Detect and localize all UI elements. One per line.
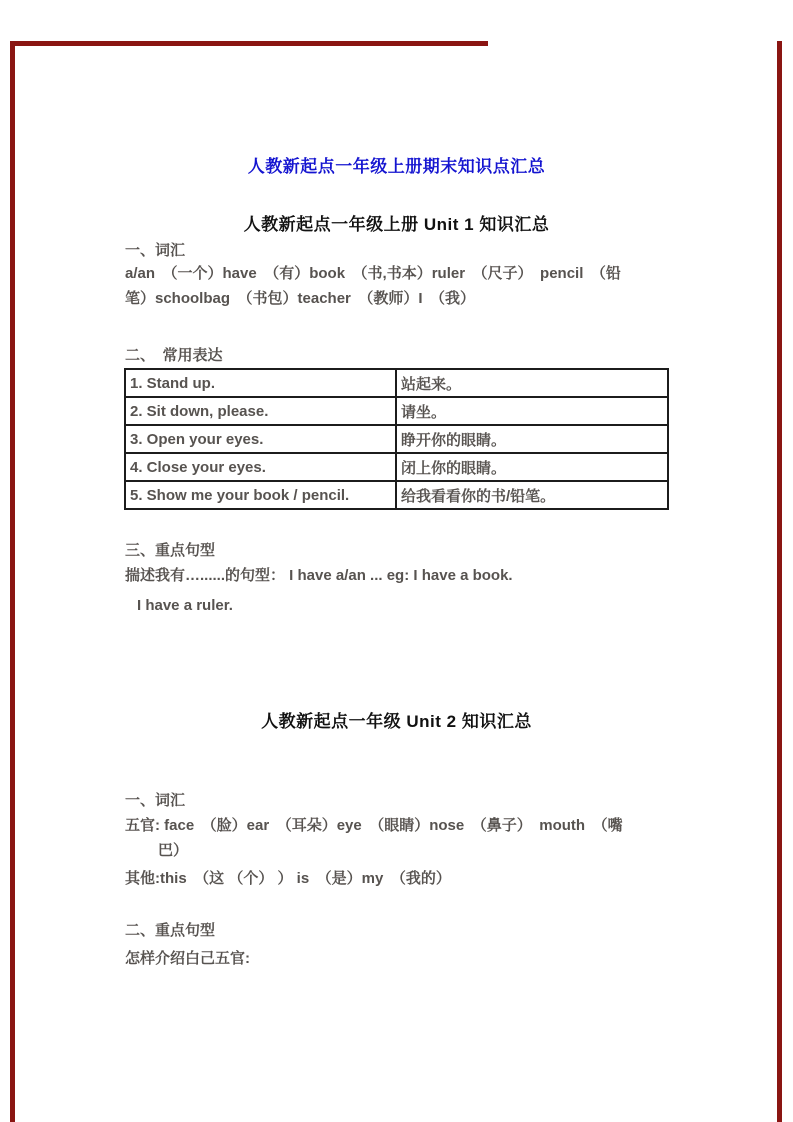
common-expressions-table: 1. Stand up. 站起来。 2. Sit down, please. 请…	[124, 368, 669, 510]
unit1-pattern-intro: 揣述我有…......的句型： I have a/an ... eg: I ha…	[125, 564, 513, 585]
table-cell-chinese: 请坐。	[396, 397, 668, 425]
table-cell-english: 5. Show me your book / pencil.	[125, 481, 396, 509]
unit2-vocab-heading: 一、词汇	[125, 789, 185, 810]
table-cell-chinese: 站起来。	[396, 369, 668, 397]
table-cell-english: 3. Open your eyes.	[125, 425, 396, 453]
table-row: 1. Stand up. 站起来。	[125, 369, 668, 397]
unit1-vocab-line: 笔）schoolbag （书包）teacher （教师）I （我）	[125, 287, 475, 308]
table-row: 5. Show me your book / pencil. 给我看看你的书/铅…	[125, 481, 668, 509]
table-cell-chinese: 给我看看你的书/铅笔。	[396, 481, 668, 509]
table-cell-english: 4. Close your eyes.	[125, 453, 396, 481]
unit2-vocab-line: 其他:this （这 （个） ） is （是）my （我的）	[125, 867, 451, 888]
table-cell-chinese: 闭上你的眼睛。	[396, 453, 668, 481]
unit1-heading: 人教新起点一年级上册 Unit 1 知识汇总	[0, 210, 793, 235]
page-border-top	[10, 41, 488, 46]
table-cell-english: 2. Sit down, please.	[125, 397, 396, 425]
table-cell-english: 1. Stand up.	[125, 369, 396, 397]
unit1-pattern-example: I have a ruler.	[137, 597, 233, 614]
table-row: 4. Close your eyes. 闭上你的眼睛。	[125, 453, 668, 481]
unit2-heading: 人教新起点一年级 Unit 2 知识汇总	[0, 707, 793, 732]
unit1-vocab-line: a/an （一个）have （有）book （书,书本）ruler （尺子） p…	[125, 262, 621, 283]
document-title: 人教新起点一年级上册期末知识点汇总	[0, 152, 793, 177]
table-row: 3. Open your eyes. 睁开你的眼睛。	[125, 425, 668, 453]
unit2-patterns-heading: 二、重点句型	[125, 919, 215, 940]
unit1-patterns-heading: 三、重点句型	[125, 539, 215, 560]
table-row: 2. Sit down, please. 请坐。	[125, 397, 668, 425]
unit1-expressions-heading: 二、 常用表达	[125, 344, 223, 365]
unit1-vocab-heading: 一、词汇	[125, 239, 185, 260]
page-border-left	[10, 41, 15, 1122]
unit2-vocab-line: 五官: face （脸）ear （耳朵）eye （眼睛）nose （鼻子） mo…	[125, 814, 623, 835]
unit2-patterns-intro: 怎样介绍白己五官:	[125, 947, 250, 968]
unit2-vocab-line-wrap: 巴）	[158, 839, 188, 860]
table-cell-chinese: 睁开你的眼睛。	[396, 425, 668, 453]
page-border-right	[777, 41, 782, 1122]
document-page: 人教新起点一年级上册期末知识点汇总 人教新起点一年级上册 Unit 1 知识汇总…	[0, 0, 793, 1122]
